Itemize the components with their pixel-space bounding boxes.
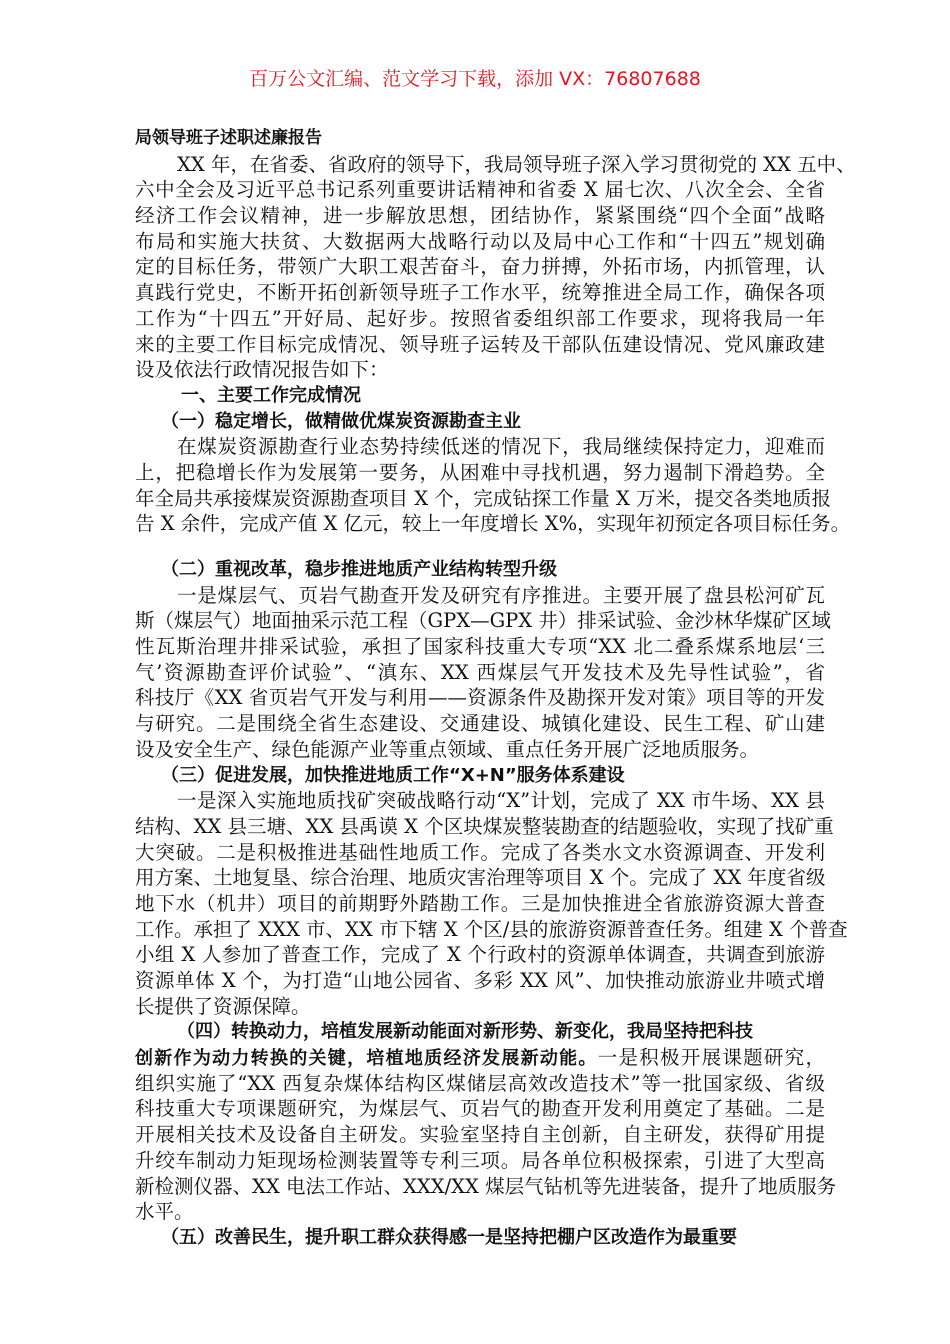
text-line: 年全局共承接煤炭资源勘查项目 X 个，完成钻探工作量 X 万米，提交各类地质报 — [135, 486, 825, 512]
document-title: 局领导班子述职述廉报告 — [135, 126, 825, 152]
text-line: 水平。 — [135, 1199, 825, 1225]
text-line: 布局和实施大扶贫、大数据两大战略行动以及局中心工作和“十四五”规划确 — [135, 229, 825, 255]
text-line: 来的主要工作目标完成情况、领导班子运转及干部队伍建设情况、党风廉政建 — [135, 332, 825, 358]
text-line: 真践行党史，不断开拓创新领导班子工作水平，统筹推进全局工作，确保各项 — [135, 280, 825, 306]
text-line: 科技厅《XX 省页岩气开发与利用——资源条件及勘探开发对策》项目等的开发 — [135, 685, 825, 711]
text-line: XX 年，在省委、省政府的领导下，我局领导班子深入学习贯彻党的 XX 五中、 — [135, 152, 825, 178]
text-line: 用方案、土地复垦、综合治理、地质灾害治理等项目 X 个。完成了 XX 年度省级 — [135, 865, 825, 891]
text-line: 工作为“十四五”开好局、起好步。按照省委组织部工作要求，现将我局一年 — [135, 306, 825, 332]
subsection-heading: （五）改善民生，提升职工群众获得感一是坚持把棚户区改造作为最重要 — [135, 1225, 825, 1251]
text-line: 在煤炭资源勘查行业态势持续低迷的情况下，我局继续保持定力，迎难而 — [135, 434, 825, 460]
subsection-3-paragraph: 一是深入实施地质找矿突破战略行动“X”计划，完成了 XX 市牛场、XX 县 结构… — [135, 788, 825, 1019]
text-line: 新检测仪器、XX 电法工作站、XXX/XX 煤层气钻机等先进装备，提升了地质服务 — [135, 1174, 825, 1200]
text-line: 创新作为动力转换的关键，培植地质经济发展新动能。一是积极开展课题研究， — [135, 1045, 825, 1071]
spacer — [135, 537, 825, 557]
text-line: 定的目标任务，带领广大职工艰苦奋斗，奋力拼搏，外拓市场，内抓管理，认 — [135, 254, 825, 280]
text-line: 经济工作会议精神，进一步解放思想，团结协作，紧紧围绕“四个全面”战略 — [135, 203, 825, 229]
text-line: 一是深入实施地质找矿突破战略行动“X”计划，完成了 XX 市牛场、XX 县 — [135, 788, 825, 814]
subsection-heading: （三）促进发展，加快推进地质工作“X+N”服务体系建设 — [135, 763, 825, 789]
text-line: 开展相关技术及设备自主研发。实验室坚持自主创新，自主研发，获得矿用提 — [135, 1122, 825, 1148]
subsection-2-paragraph: 一是煤层气、页岩气勘查开发及研究有序推进。主要开展了盘县松河矿瓦 斯（煤层气）地… — [135, 583, 825, 763]
text-line: 大突破。二是积极推进基础性地质工作。完成了各类水文水资源调查、开发利 — [135, 840, 825, 866]
text-line: 设及依法行政情况报告如下： — [135, 357, 825, 383]
subsection-1-paragraph: 在煤炭资源勘查行业态势持续低迷的情况下，我局继续保持定力，迎难而 上，把稳增长作… — [135, 434, 825, 537]
document-body: 局领导班子述职述廉报告 XX 年，在省委、省政府的领导下，我局领导班子深入学习贯… — [135, 126, 825, 1251]
text-line: 小组 X 人参加了普查工作，完成了 X 个行政村的资源单体调查，共调查到旅游 — [135, 942, 825, 968]
text-line: 与研究。二是围绕全省生态建设、交通建设、城镇化建设、民生工程、矿山建 — [135, 711, 825, 737]
text-run: 一是积极开展课题研究， — [598, 1046, 825, 1069]
text-line: 一是煤层气、页岩气勘查开发及研究有序推进。主要开展了盘县松河矿瓦 — [135, 583, 825, 609]
text-line: 气’资源勘查评价试验”、“滇东、XX 西煤层气开发技术及先导性试验”，省 — [135, 660, 825, 686]
text-line: 升绞车制动力矩现场检测装置等专利三项。局各单位积极探索，引进了大型高 — [135, 1148, 825, 1174]
text-line: 组织实施了“XX 西复杂煤体结构区煤储层高效改造技术”等一批国家级、省级 — [135, 1071, 825, 1097]
text-line: 地下水（机井）项目的前期野外踏勘工作。三是加快推进全省旅游资源大普查 — [135, 891, 825, 917]
text-line: 资源单体 X 个，为打造“山地公园省、多彩 XX 风”、加快推动旅游业井喷式增 — [135, 968, 825, 994]
text-line: 六中全会及习近平总书记系列重要讲话精神和省委 X 届七次、八次全会、全省 — [135, 177, 825, 203]
subsection-heading: （二）重视改革，稳步推进地质产业结构转型升级 — [135, 557, 825, 583]
text-line: 长提供了资源保障。 — [135, 994, 825, 1020]
text-line: 结构、XX 县三塘、XX 县禹谟 X 个区块煤炭整装勘查的结题验收，实现了找矿重 — [135, 814, 825, 840]
text-line: 性瓦斯治理井排采试验，承担了国家科技重大专项“XX 北二叠系煤系地层‘三 — [135, 634, 825, 660]
subsection-heading-continued: 创新作为动力转换的关键，培植地质经济发展新动能。 — [135, 1048, 598, 1069]
subsection-4-paragraph: （四）转换动力，培植发展新动能面对新形势、新变化，我局坚持把科技 创新作为动力转… — [135, 1019, 825, 1225]
intro-paragraph: XX 年，在省委、省政府的领导下，我局领导班子深入学习贯彻党的 XX 五中、 六… — [135, 152, 825, 383]
text-line: 告 X 余件，完成产值 X 亿元，较上一年度增长 X%，实现年初预定各项目标任务… — [135, 511, 825, 537]
text-line: 设及安全生产、绿色能源产业等重点领域、重点任务开展广泛地质服务。 — [135, 737, 825, 763]
subsection-heading: （一）稳定增长，做精做优煤炭资源勘查主业 — [135, 409, 825, 435]
watermark-banner: 百万公文汇编、范文学习下载，添加 VX：76807688 — [0, 64, 950, 91]
text-line: 斯（煤层气）地面抽采示范工程（GPX—GPX 井）排采试验、金沙林华煤矿区域 — [135, 608, 825, 634]
subsection-heading: （四）转换动力，培植发展新动能面对新形势、新变化，我局坚持把科技 — [135, 1019, 825, 1045]
text-line: 上，把稳增长作为发展第一要务，从困难中寻找机遇，努力遏制下滑趋势。全 — [135, 460, 825, 486]
text-line: 工作。承担了 XXX 市、XX 市下辖 X 个区/县的旅游资源普查任务。组建 X… — [135, 917, 825, 943]
text-line: 科技重大专项课题研究，为煤层气、页岩气的勘查开发利用奠定了基础。二是 — [135, 1096, 825, 1122]
section-heading: 一、主要工作完成情况 — [135, 383, 825, 409]
